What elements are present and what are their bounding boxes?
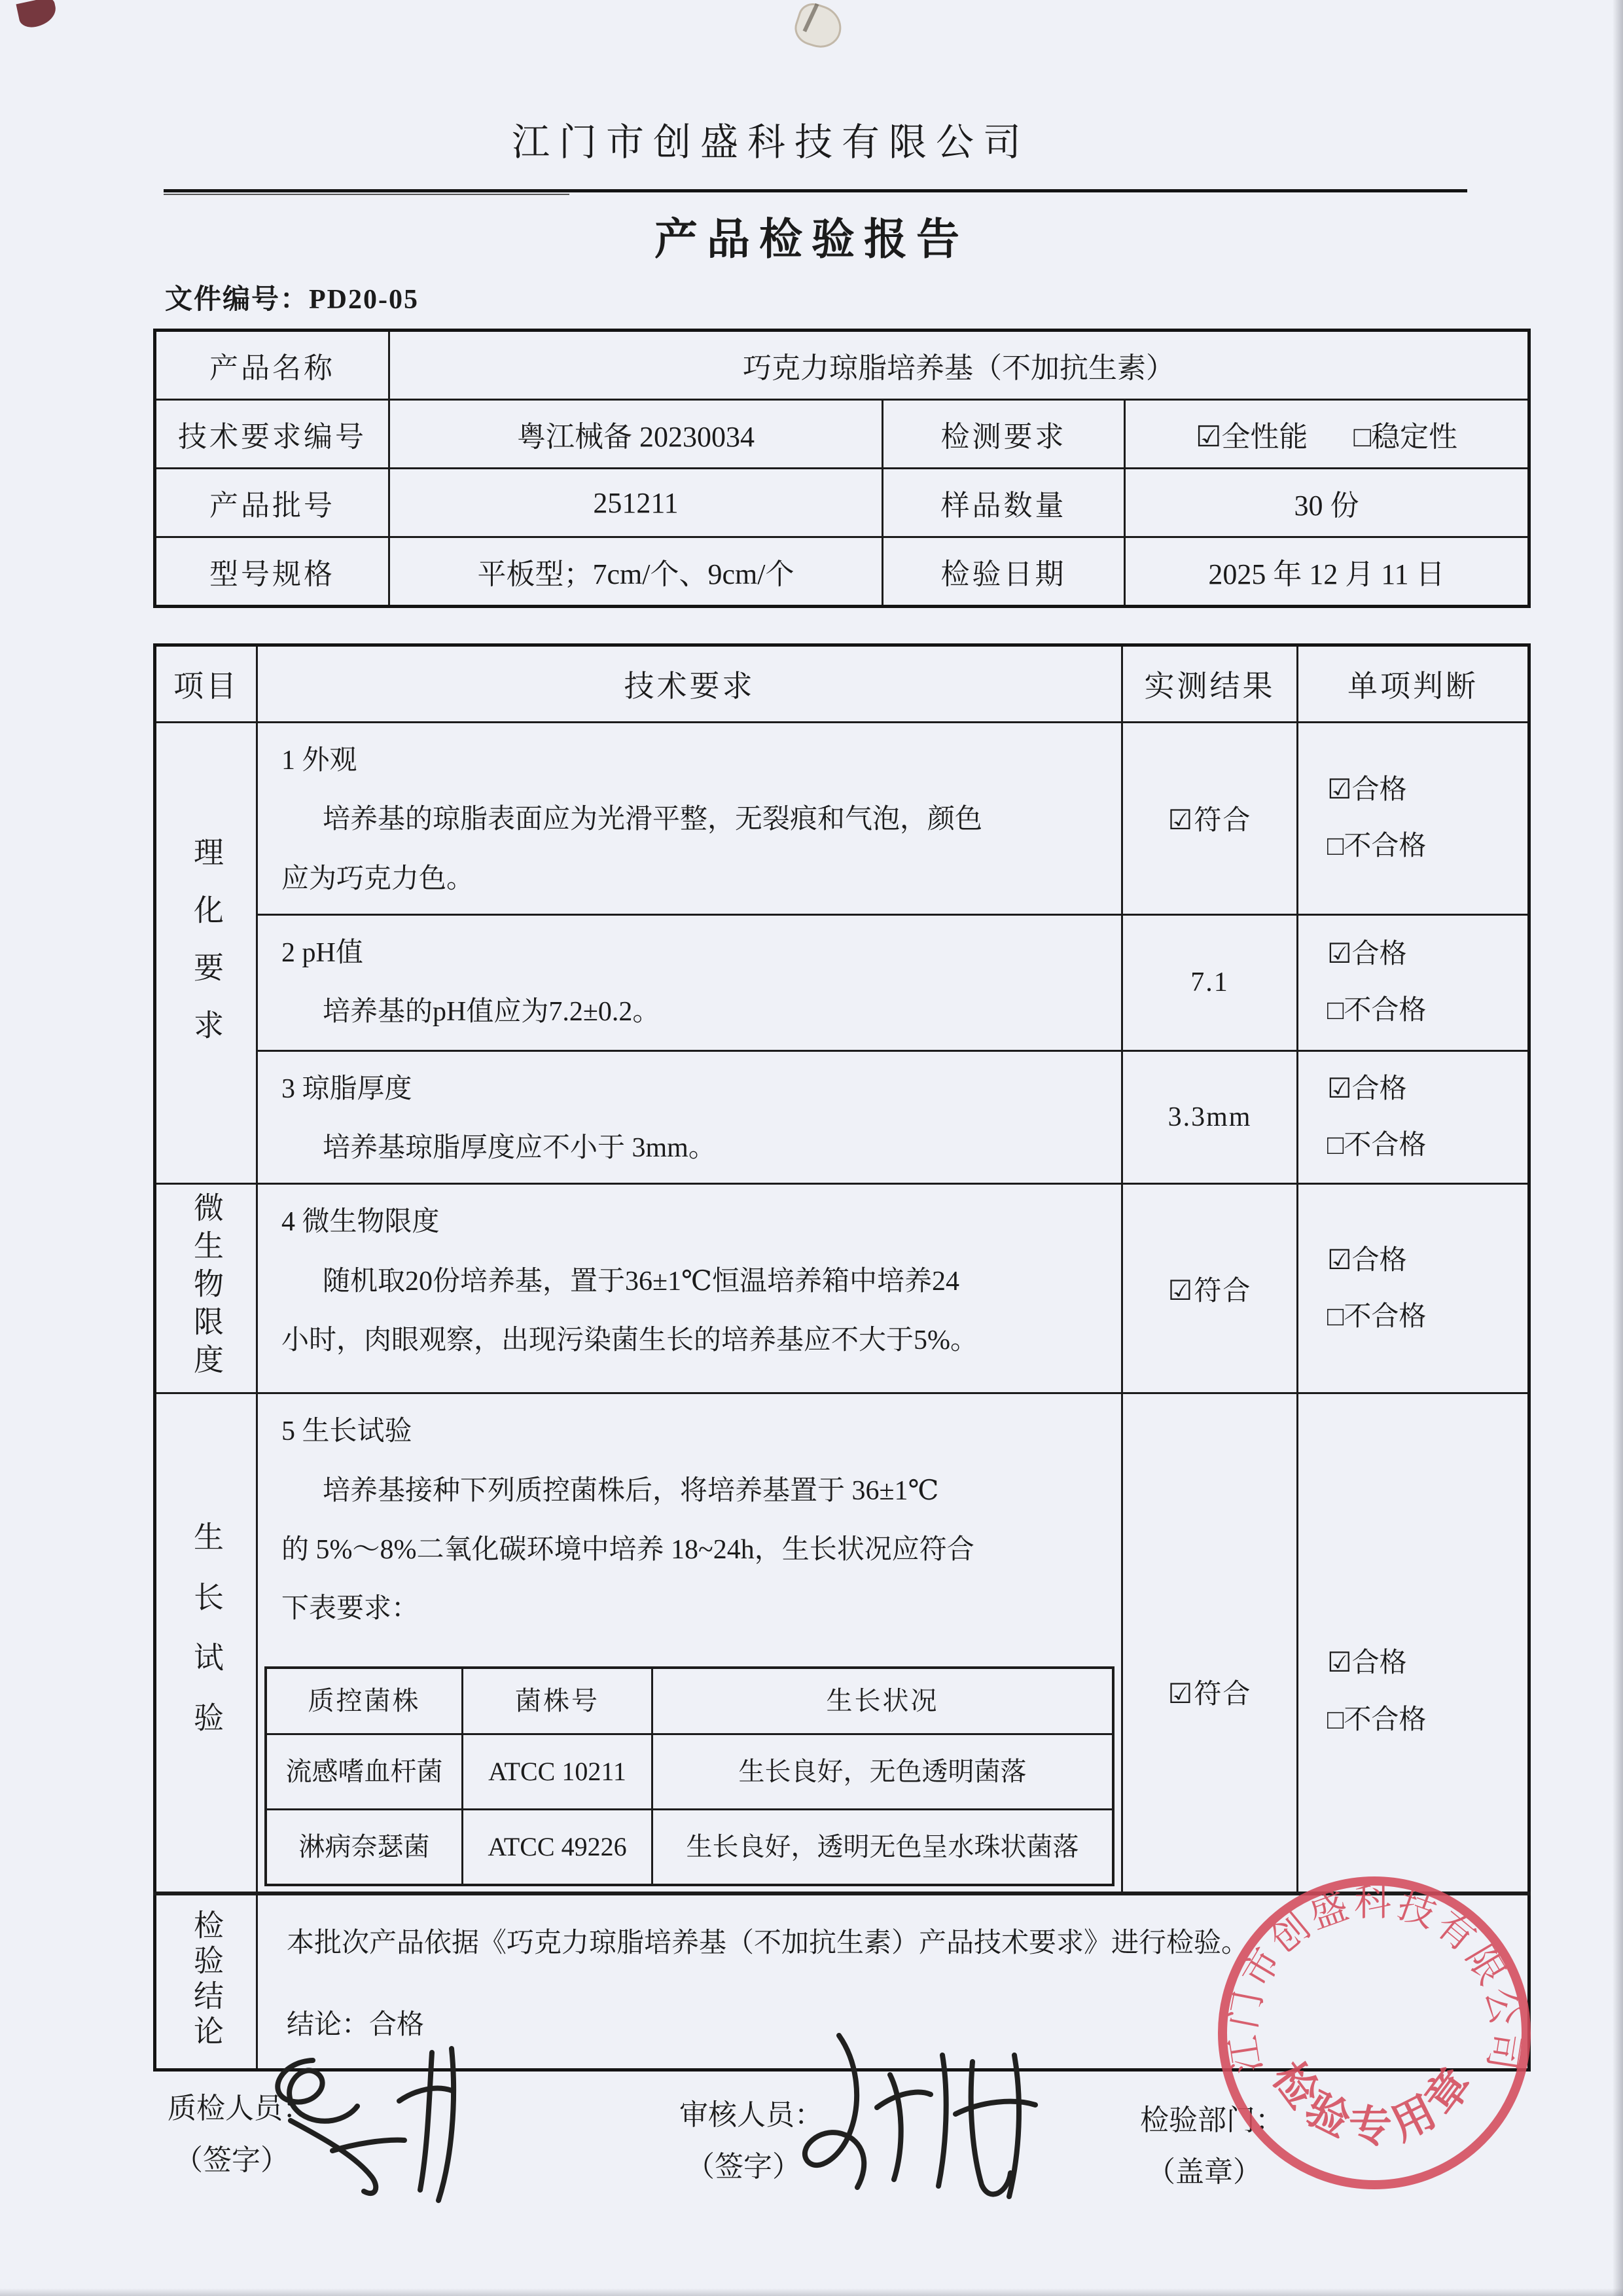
model-spec-value: 平板型；7cm/个、9cm/个 xyxy=(389,537,883,607)
col-result: 实测结果 xyxy=(1122,645,1298,723)
checkbox-pass: ☑合格 xyxy=(1327,926,1527,982)
col-requirement: 技术要求 xyxy=(257,645,1122,723)
strain-name: 流感嗜血杆菌 xyxy=(266,1734,462,1809)
batch-no-value: 251211 xyxy=(389,469,883,537)
checkbox-pass: ☑合格 xyxy=(1327,762,1527,818)
test-requirement-label: 检测要求 xyxy=(883,400,1125,469)
item-body-line: 应为巧克力色。 xyxy=(281,850,1105,908)
col-strain-code: 菌株号 xyxy=(462,1668,652,1734)
qc-signature xyxy=(236,2022,524,2212)
checkbox-full-performance: ☑全性能 xyxy=(1196,413,1308,455)
judgement-microbial: ☑合格 □不合格 xyxy=(1298,1184,1529,1393)
growth-status: 生长良好，透明无色呈水珠状菌落 xyxy=(652,1809,1113,1885)
checkbox-fail: □不合格 xyxy=(1327,1117,1527,1174)
company-name: 江门市创盛科技有限公司 xyxy=(0,111,1582,166)
col-strain: 质控菌株 xyxy=(266,1668,462,1734)
checkbox-pass: ☑合格 xyxy=(1327,1635,1527,1691)
test-requirement-value: ☑全性能 □稳定性 xyxy=(1125,400,1529,469)
scan-edge-shadow-bottom xyxy=(0,2288,1623,2296)
inspection-stamp: 江门市创盛科技有限公司 检验专用章 xyxy=(1178,1837,1571,2229)
table-row-microbial-limit: 微生物限度 4 微生物限度 随机取20份培养基，置于36±1℃恒温培养箱中培养2… xyxy=(155,1184,1529,1393)
item-title: 5 生长试验 xyxy=(281,1402,1105,1461)
scan-artifact-crease xyxy=(791,0,847,53)
judgement-appearance: ☑合格 □不合格 xyxy=(1298,723,1529,915)
inspection-date-label: 检验日期 xyxy=(883,537,1125,607)
table-row-ph: 2 pH值 培养基的pH值应为7.2±0.2。 7.1 ☑合格 □不合格 xyxy=(155,914,1529,1050)
result-appearance: ☑符合 xyxy=(1122,723,1298,915)
table-row: 型号规格 平板型；7cm/个、9cm/个 检验日期 2025 年 12 月 11… xyxy=(155,537,1529,607)
group-microbial: 微生物限度 xyxy=(155,1184,257,1393)
growth-test-table: 质控菌株 菌株号 生长状况 流感嗜血杆菌 ATCC 10211 生长良好，无色透… xyxy=(264,1666,1115,1886)
table-row-agar-thickness: 3 琼脂厚度 培养基琼脂厚度应不小于 3mm。 3.3mm ☑合格 □不合格 xyxy=(155,1050,1529,1184)
scan-artifact-corner xyxy=(16,0,58,30)
strain-code: ATCC 10211 xyxy=(462,1734,652,1809)
page-title: 产品检验报告 xyxy=(0,204,1623,266)
stamp-purpose-text: 检验专用章 xyxy=(1263,2054,1486,2151)
group-growth: 生长试验 xyxy=(155,1393,257,1893)
growth-status: 生长良好，无色透明菌落 xyxy=(652,1734,1113,1809)
header-divider-ghost xyxy=(164,194,569,195)
item-title: 1 外观 xyxy=(281,731,1105,790)
judgement-growth: ☑合格 □不合格 xyxy=(1298,1393,1529,1893)
table-row-growth-test: 生长试验 5 生长试验 培养基接种下列质控菌株后，将培养基置于 36±1℃ 的 … xyxy=(155,1393,1529,1893)
item-body-line: 下表要求： xyxy=(281,1579,1105,1638)
strain-code: ATCC 49226 xyxy=(462,1809,652,1885)
requirement-thickness: 3 琼脂厚度 培养基琼脂厚度应不小于 3mm。 xyxy=(257,1050,1122,1184)
col-judgement: 单项判断 xyxy=(1298,645,1529,723)
result-growth: ☑符合 xyxy=(1122,1393,1298,1893)
table-row: 技术要求编号 粤江械备 20230034 检测要求 ☑全性能 □稳定性 xyxy=(155,400,1529,469)
requirement-ph: 2 pH值 培养基的pH值应为7.2±0.2。 xyxy=(257,914,1122,1050)
model-spec-label: 型号规格 xyxy=(155,537,389,607)
tech-req-no-label: 技术要求编号 xyxy=(155,400,389,469)
item-body-line: 随机取20份培养基，置于36±1℃恒温培养箱中培养24 xyxy=(281,1252,1105,1311)
checkbox-fail: □不合格 xyxy=(1327,982,1527,1039)
judgement-ph: ☑合格 □不合格 xyxy=(1298,914,1529,1050)
checkbox-pass: ☑合格 xyxy=(1327,1061,1527,1117)
checkbox-fail: □不合格 xyxy=(1327,1692,1527,1748)
checkbox-stability: □稳定性 xyxy=(1353,413,1457,455)
inspection-date-value: 2025 年 12 月 11 日 xyxy=(1125,537,1529,607)
result-microbial: ☑符合 xyxy=(1122,1184,1298,1393)
result-ph: 7.1 xyxy=(1122,914,1298,1050)
stamp-company-text: 江门市创盛科技有限公司 xyxy=(1222,1882,1526,2076)
item-title: 2 pH值 xyxy=(281,924,1105,982)
table-header-row: 质控菌株 菌株号 生长状况 xyxy=(266,1668,1113,1734)
product-info-table: 产品名称 巧克力琼脂培养基（不加抗生素） 技术要求编号 粤江械备 2023003… xyxy=(153,329,1531,608)
table-row: 产品批号 251211 样品数量 30 份 xyxy=(155,469,1529,537)
sample-qty-value: 30 份 xyxy=(1125,469,1529,537)
item-body-line: 培养基的琼脂表面应为光滑平整，无裂痕和气泡，颜色 xyxy=(281,790,1105,849)
result-thickness: 3.3mm xyxy=(1122,1050,1298,1184)
stamp-graphic: 江门市创盛科技有限公司 检验专用章 xyxy=(1222,1881,1526,2185)
header-divider xyxy=(164,189,1467,192)
strain-name: 淋病奈瑟菌 xyxy=(266,1809,462,1885)
sample-qty-label: 样品数量 xyxy=(883,469,1125,537)
judgement-thickness: ☑合格 □不合格 xyxy=(1298,1050,1529,1184)
table-row: 流感嗜血杆菌 ATCC 10211 生长良好，无色透明菌落 xyxy=(266,1734,1113,1809)
table-row: 产品名称 巧克力琼脂培养基（不加抗生素） xyxy=(155,331,1529,400)
table-row: 淋病奈瑟菌 ATCC 49226 生长良好，透明无色呈水珠状菌落 xyxy=(266,1809,1113,1885)
checkbox-fail: □不合格 xyxy=(1327,1289,1527,1345)
requirement-growth: 5 生长试验 培养基接种下列质控菌株后，将培养基置于 36±1℃ 的 5%～8%… xyxy=(257,1393,1122,1893)
scan-edge-shadow-right xyxy=(1613,0,1623,2296)
item-body-line: 培养基接种下列质控菌株后，将培养基置于 36±1℃ xyxy=(281,1462,1105,1520)
item-body-line: 培养基琼脂厚度应不小于 3mm。 xyxy=(281,1119,1105,1177)
group-physchem: 理化要求 xyxy=(155,723,257,1184)
product-name-value: 巧克力琼脂培养基（不加抗生素） xyxy=(389,331,1529,400)
checkbox-pass: ☑合格 xyxy=(1327,1232,1527,1289)
document-number: 文件编号：PD20-05 xyxy=(165,278,419,317)
requirement-microbial: 4 微生物限度 随机取20份培养基，置于36±1℃恒温培养箱中培养24 小时，肉… xyxy=(257,1184,1122,1393)
item-body-line: 小时，肉眼观察，出现污染菌生长的培养基应不大于5%。 xyxy=(281,1311,1105,1370)
product-name-label: 产品名称 xyxy=(155,331,389,400)
tech-req-no-value: 粤江械备 20230034 xyxy=(389,400,883,469)
checkbox-fail: □不合格 xyxy=(1327,818,1527,874)
item-body-line: 的 5%～8%二氧化碳环境中培养 18~24h，生长状况应符合 xyxy=(281,1520,1105,1579)
item-title: 3 琼脂厚度 xyxy=(281,1060,1105,1119)
scanned-inspection-report: 江门市创盛科技有限公司 产品检验报告 文件编号：PD20-05 产品名称 巧克力… xyxy=(0,0,1623,2296)
batch-no-label: 产品批号 xyxy=(155,469,389,537)
col-growth-status: 生长状况 xyxy=(652,1668,1113,1734)
item-title: 4 微生物限度 xyxy=(281,1193,1105,1251)
table-row-appearance: 理化要求 1 外观 培养基的琼脂表面应为光滑平整，无裂痕和气泡，颜色 应为巧克力… xyxy=(155,723,1529,915)
reviewer-signature xyxy=(779,2016,1054,2212)
table-header-row: 项目 技术要求 实测结果 单项判断 xyxy=(155,645,1529,723)
requirement-appearance: 1 外观 培养基的琼脂表面应为光滑平整，无裂痕和气泡，颜色 应为巧克力色。 xyxy=(257,723,1122,915)
item-body-line: 培养基的pH值应为7.2±0.2。 xyxy=(281,982,1105,1041)
col-item: 项目 xyxy=(155,645,257,723)
